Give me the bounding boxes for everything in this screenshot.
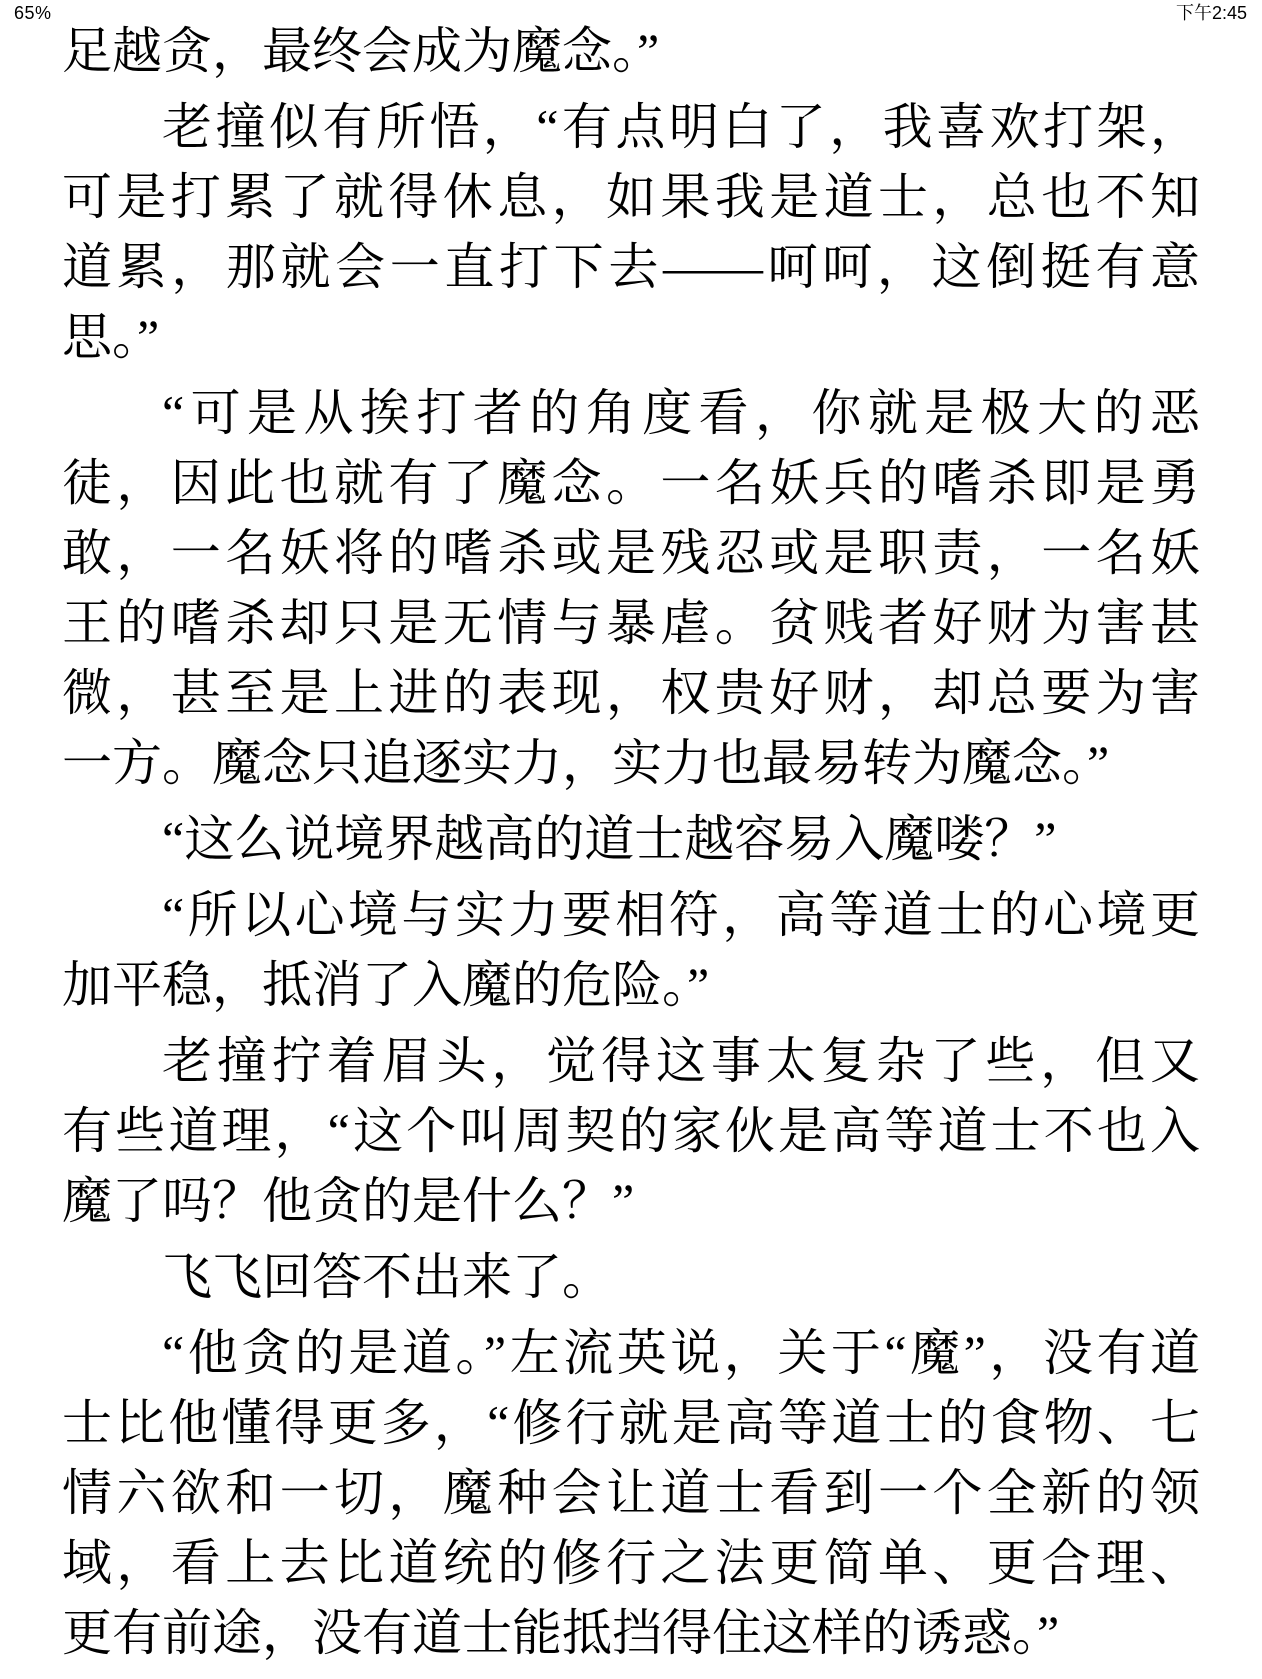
clock-label: 下午2:45 <box>1176 1 1247 25</box>
text-line: “所以心境与实力要相符，高等道士的心境更 <box>62 880 1200 950</box>
paragraph: 老撞拧着眉头，觉得这事太复杂了些，但又有些道理，“这个叫周契的家伙是高等道士不也… <box>62 1026 1200 1236</box>
text-line: 更有前途，没有道士能抵挡得住这样的诱惑。” <box>62 1598 1200 1668</box>
text-line: “这么说境界越高的道士越容易入魔喽？” <box>62 804 1200 874</box>
text-line: 王的嗜杀却只是无情与暴虐。贫贱者好财为害甚 <box>62 588 1200 658</box>
battery-percent-label: 65% <box>14 1 52 25</box>
paragraph: “他贪的是道。”左流英说，关于“魔”，没有道士比他懂得更多，“修行就是高等道士的… <box>62 1318 1200 1668</box>
text-line: 飞飞回答不出来了。 <box>62 1242 1200 1312</box>
text-line: 敢，一名妖将的嗜杀或是残忍或是职责，一名妖 <box>62 518 1200 588</box>
reading-page[interactable]: 足越贪，最终会成为魔念。”老撞似有所悟，“有点明白了，我喜欢打架，可是打累了就得… <box>62 16 1200 1668</box>
text-line: “可是从挨打者的角度看，你就是极大的恶 <box>62 378 1200 448</box>
text-line: 一方。魔念只追逐实力，实力也最易转为魔念。” <box>62 728 1200 798</box>
text-line: 足越贪，最终会成为魔念。” <box>62 16 1200 86</box>
text-line: 老撞似有所悟，“有点明白了，我喜欢打架， <box>62 92 1200 162</box>
text-line: 域，看上去比道统的修行之法更简单、更合理、 <box>62 1528 1200 1598</box>
text-line: 微，甚至是上进的表现，权贵好财，却总要为害 <box>62 658 1200 728</box>
paragraph: 飞飞回答不出来了。 <box>62 1242 1200 1312</box>
text-line: 徒，因此也就有了魔念。一名妖兵的嗜杀即是勇 <box>62 448 1200 518</box>
paragraph: “可是从挨打者的角度看，你就是极大的恶徒，因此也就有了魔念。一名妖兵的嗜杀即是勇… <box>62 378 1200 798</box>
paragraph: 老撞似有所悟，“有点明白了，我喜欢打架，可是打累了就得休息，如果我是道士，总也不… <box>62 92 1200 372</box>
text-line: 思。” <box>62 302 1200 372</box>
text-line: 道累，那就会一直打下去——呵呵，这倒挺有意 <box>62 232 1200 302</box>
text-line: 魔了吗？他贪的是什么？” <box>62 1166 1200 1236</box>
paragraph: 足越贪，最终会成为魔念。” <box>62 16 1200 86</box>
paragraph: “所以心境与实力要相符，高等道士的心境更加平稳，抵消了入魔的危险。” <box>62 880 1200 1020</box>
status-bar: 65% 下午2:45 <box>0 0 1262 26</box>
reader-screen: 65% 下午2:45 足越贪，最终会成为魔念。”老撞似有所悟，“有点明白了，我喜… <box>0 0 1262 1679</box>
text-line: 老撞拧着眉头，觉得这事太复杂了些，但又 <box>62 1026 1200 1096</box>
text-line: 情六欲和一切，魔种会让道士看到一个全新的领 <box>62 1458 1200 1528</box>
paragraph: “这么说境界越高的道士越容易入魔喽？” <box>62 804 1200 874</box>
text-line: 加平稳，抵消了入魔的危险。” <box>62 950 1200 1020</box>
text-line: 士比他懂得更多，“修行就是高等道士的食物、七 <box>62 1388 1200 1458</box>
text-line: 有些道理，“这个叫周契的家伙是高等道士不也入 <box>62 1096 1200 1166</box>
text-line: “他贪的是道。”左流英说，关于“魔”，没有道 <box>62 1318 1200 1388</box>
text-line: 可是打累了就得休息，如果我是道士，总也不知 <box>62 162 1200 232</box>
